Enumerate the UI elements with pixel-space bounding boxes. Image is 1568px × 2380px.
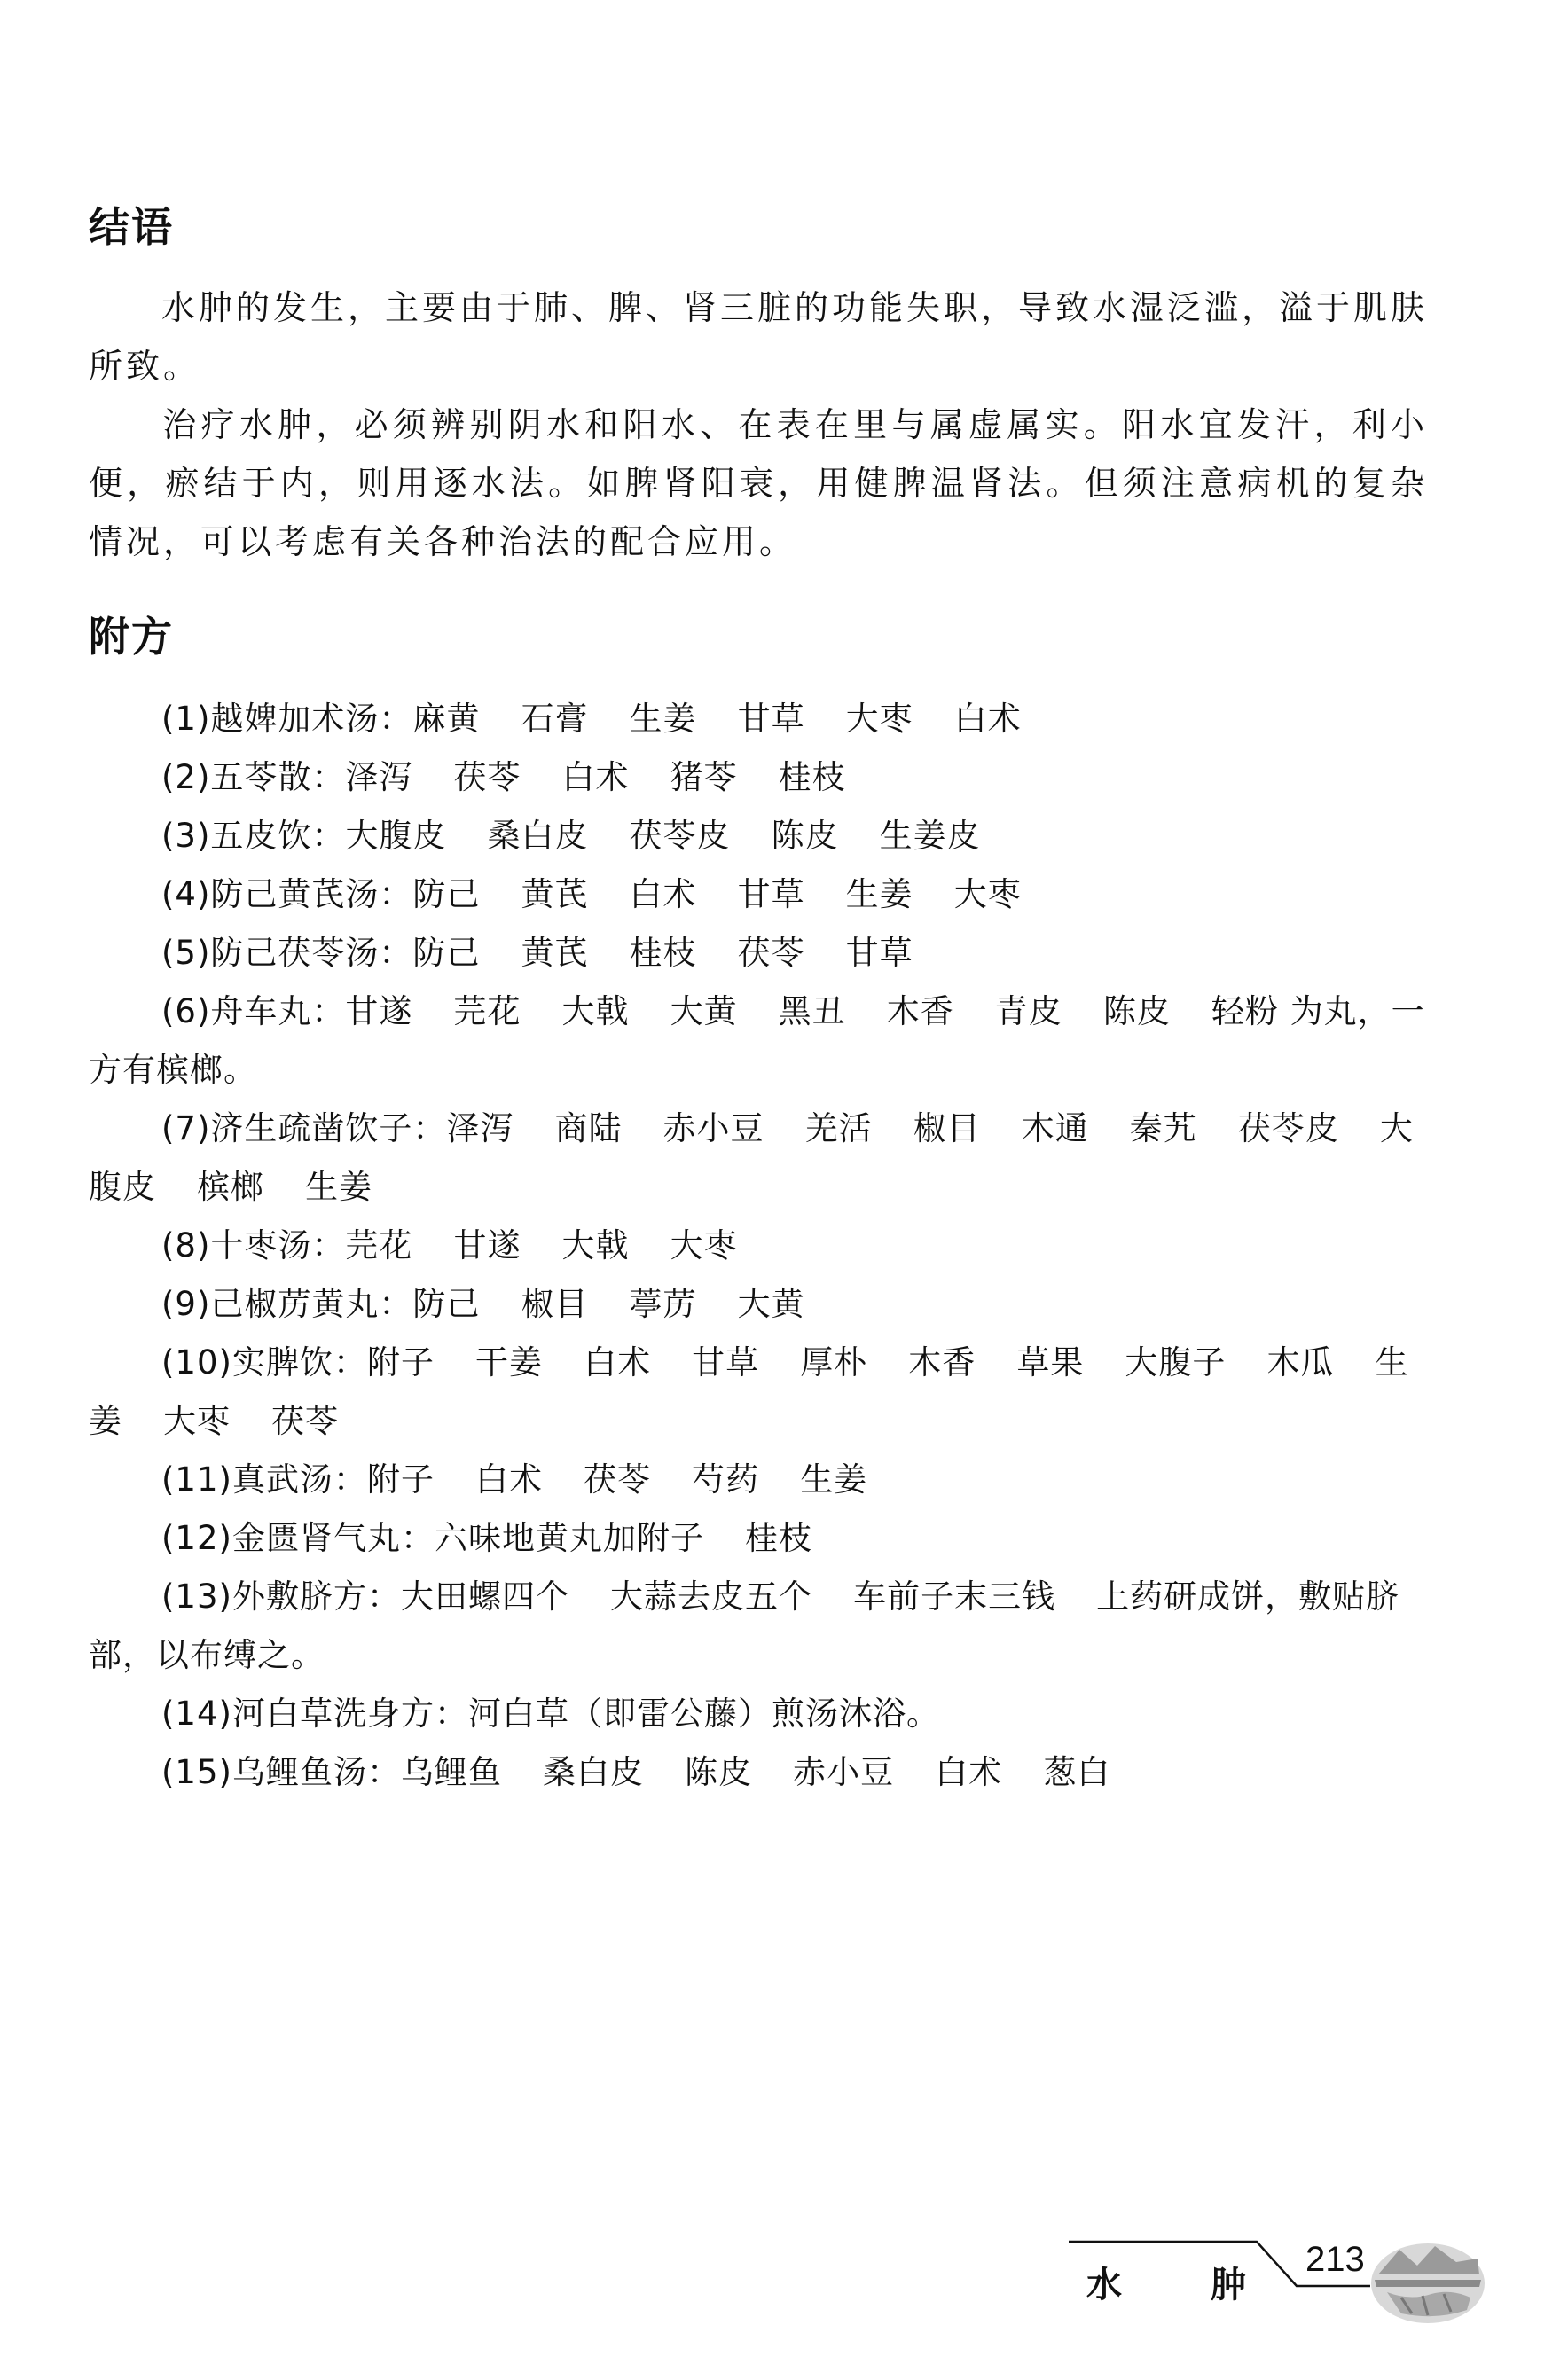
page-number: 213 (1305, 2240, 1365, 2280)
prescription-item: (7)济生疏凿饮子：泽泻 商陆 赤小豆 羌活 椒目 木通 秦艽 茯苓皮 大腹皮 … (89, 1100, 1437, 1217)
prescription-item: (9)己椒苈黄丸：防己 椒目 葶苈 大黄 (89, 1275, 1437, 1334)
herb-item: 防己 (412, 1285, 480, 1323)
prescription-item: (11)真武汤：附子 白术 茯苓 芍药 生姜 (89, 1451, 1437, 1509)
book-page: 结语 水肿的发生，主要由于肺、脾、肾三脏的功能失职，导致水湿泛滥，溢于肌肤所致。… (0, 0, 1568, 2380)
herb-item: 茯苓 (453, 758, 521, 796)
herb-item: 白术 (475, 1460, 543, 1499)
herb-item: 桂枝 (779, 758, 846, 796)
herb-item: 桑白皮 (487, 817, 588, 855)
herb-item: 大腹子 (1125, 1343, 1226, 1382)
herb-item: 大枣 (163, 1402, 231, 1440)
herb-item: 茯苓皮 (1238, 1109, 1339, 1147)
herb-item: 葱白 (1043, 1753, 1110, 1791)
prescription-list: (1)越婢加术汤：麻黄 石膏 生姜 甘草 大枣 白术 (2)五苓散：泽泻 茯苓 … (89, 690, 1437, 1802)
herb-item: 甘遂 (345, 992, 412, 1030)
herb-item: 甘遂 (453, 1226, 521, 1264)
prescription-name: (6)舟车丸： (89, 992, 345, 1030)
herb-item: 木香 (887, 992, 954, 1030)
herb-item: 陈皮 (772, 817, 839, 855)
prescription-name: (2)五苓散： (89, 758, 345, 796)
herb-item: 六味地黄丸加附子 (435, 1519, 704, 1557)
herb-item: 黄芪 (521, 934, 588, 972)
footer-chapter-title: 水肿 (1086, 2257, 1246, 2307)
prescription-name: (13)外敷脐方： (89, 1578, 401, 1616)
herb-item: 黑丑 (779, 992, 846, 1030)
herb-item: 陈皮 (1103, 992, 1171, 1030)
herb-item: 甘草 (738, 700, 805, 738)
herb-item: 泽泻 (446, 1109, 514, 1147)
herb-item: 桂枝 (745, 1519, 812, 1557)
herb-item: 茯苓 (738, 934, 805, 972)
herb-item: 芫花 (345, 1226, 412, 1264)
herb-item: 青皮 (995, 992, 1062, 1030)
prescription-name: (3)五皮饮： (89, 817, 345, 855)
herb-item: 木通 (1022, 1109, 1089, 1147)
herb-item: 大戟 (562, 1226, 630, 1264)
prescription-name: (7)济生疏凿饮子： (89, 1109, 446, 1147)
herb-item: 陈皮 (685, 1753, 752, 1791)
herb-item: 白术 (562, 758, 630, 796)
herb-item: 桂枝 (630, 934, 697, 972)
prescription-name: (11)真武汤： (89, 1460, 367, 1499)
herb-item: 附子 (367, 1460, 435, 1499)
prescription-item: (5)防己茯苓汤：防己 黄芪 桂枝 茯苓 甘草 (89, 924, 1437, 983)
paragraph-text: 水肿的发生，主要由于肺、脾、肾三脏的功能失职，导致水湿泛滥，溢于肌肤所致。 (89, 288, 1428, 386)
herb-item: 甘草 (738, 875, 805, 913)
herb-item: 草果 (1016, 1343, 1084, 1382)
herb-item: 大黄 (738, 1285, 805, 1323)
footer-title-char: 水 (1086, 2265, 1122, 2306)
herb-item: 大腹皮 (345, 817, 446, 855)
conclusion-heading: 结语 (89, 195, 174, 254)
prescription-item: (1)越婢加术汤：麻黄 石膏 生姜 甘草 大枣 白术 (89, 690, 1437, 748)
herb-item: 茯苓 (584, 1460, 651, 1499)
paragraph-text: 治疗水肿，必须辨别阴水和阳水、在表在里与属虚属实。阳水宜发汗，利小便，瘀结于内，… (89, 405, 1428, 561)
footer-title-char: 肿 (1211, 2265, 1246, 2306)
prescription-name: (1)越婢加术汤： (89, 700, 412, 738)
herb-item: 椒目 (521, 1285, 588, 1323)
herb-item: 葶苈 (630, 1285, 697, 1323)
herb-item: 木香 (908, 1343, 976, 1382)
herb-item: 羌活 (805, 1109, 873, 1147)
herb-item: 大黄 (670, 992, 738, 1030)
herb-item: 赤小豆 (663, 1109, 764, 1147)
landscape-ornament-icon (1366, 2239, 1490, 2328)
prescription-item: (3)五皮饮：大腹皮 桑白皮 茯苓皮 陈皮 生姜皮 (89, 807, 1437, 865)
herb-item: 大枣 (954, 875, 1022, 913)
herb-item: 秦艽 (1130, 1109, 1197, 1147)
herb-item: 白术 (630, 875, 697, 913)
herb-item: 防己 (412, 875, 480, 913)
prescription-item: (6)舟车丸：甘遂 芫花 大戟 大黄 黑丑 木香 青皮 陈皮 轻粉 为丸，一方有… (89, 983, 1437, 1100)
herb-item: 车前子末三钱 (853, 1578, 1055, 1616)
herb-item: 甘草 (692, 1343, 759, 1382)
herb-item: 大田螺四个 (401, 1578, 569, 1616)
herb-item: 茯苓 (271, 1402, 339, 1440)
herb-item: 甘草 (846, 934, 913, 972)
herb-item: 大蒜去皮五个 (610, 1578, 812, 1616)
herb-item: 白术 (584, 1343, 651, 1382)
prescription-name: (5)防己茯苓汤： (89, 934, 412, 972)
prescription-name: (12)金匮肾气丸： (89, 1519, 435, 1557)
herb-item: 黄芪 (521, 875, 588, 913)
prescription-item: (10)实脾饮：附子 干姜 白术 甘草 厚朴 木香 草果 大腹子 木瓜 生姜 大… (89, 1334, 1437, 1451)
herb-item: 大枣 (846, 700, 913, 738)
herb-item: 槟榔 (197, 1168, 264, 1206)
herb-item: 生姜 (630, 700, 697, 738)
prescription-item: (14)河白草洗身方：河白草（即雷公藤）煎汤沐浴。 (89, 1685, 1437, 1743)
prescription-name: (9)己椒苈黄丸： (89, 1285, 412, 1323)
herb-item: 轻粉 (1211, 992, 1279, 1030)
herb-item: 大戟 (562, 992, 630, 1030)
prescription-item: (2)五苓散：泽泻 茯苓 白术 猪苓 桂枝 (89, 748, 1437, 807)
herb-item: 白术 (935, 1753, 1002, 1791)
conclusion-paragraph-2: 治疗水肿，必须辨别阴水和阳水、在表在里与属虚属实。阳水宜发汗，利小便，瘀结于内，… (89, 395, 1428, 571)
herb-item: 大枣 (670, 1226, 738, 1264)
herb-item: 生姜皮 (880, 817, 981, 855)
herb-item: 白术 (954, 700, 1022, 738)
herb-item: 麻黄 (412, 700, 480, 738)
herb-item: 防己 (412, 934, 480, 972)
herb-item: 厚朴 (800, 1343, 867, 1382)
conclusion-paragraph-1: 水肿的发生，主要由于肺、脾、肾三脏的功能失职，导致水湿泛滥，溢于肌肤所致。 (89, 278, 1428, 395)
herb-item: 干姜 (475, 1343, 543, 1382)
prescription-name: (15)乌鲤鱼汤： (89, 1753, 401, 1791)
herb-item: 生姜 (800, 1460, 867, 1499)
herb-item: 生姜 (846, 875, 913, 913)
herb-item: 茯苓皮 (630, 817, 731, 855)
herb-item: 椒目 (913, 1109, 981, 1147)
herb-item: 生姜 (305, 1168, 372, 1206)
appendix-heading: 附方 (89, 605, 174, 663)
prescription-item: (13)外敷脐方：大田螺四个 大蒜去皮五个 车前子末三钱 上药研成饼，敷贴脐部，… (89, 1568, 1437, 1685)
prescription-item: (15)乌鲤鱼汤：乌鲤鱼 桑白皮 陈皮 赤小豆 白术 葱白 (89, 1743, 1437, 1802)
herb-item: 木瓜 (1266, 1343, 1334, 1382)
prescription-name: (4)防己黄芪汤： (89, 875, 412, 913)
herb-item: 猪苓 (670, 758, 738, 796)
herb-item: 芍药 (692, 1460, 759, 1499)
herb-item: 桑白皮 (543, 1753, 644, 1791)
prescription-name: (10)实脾饮： (89, 1343, 367, 1382)
prescription-name: (8)十枣汤： (89, 1226, 345, 1264)
prescription-name: (14)河白草洗身方： (89, 1695, 468, 1733)
herb-item: 河白草（即雷公藤）煎汤沐浴。 (468, 1695, 940, 1733)
herb-item: 附子 (367, 1343, 435, 1382)
herb-item: 商陆 (554, 1109, 622, 1147)
herb-item: 赤小豆 (793, 1753, 894, 1791)
herb-item: 石膏 (521, 700, 588, 738)
prescription-item: (8)十枣汤：芫花 甘遂 大戟 大枣 (89, 1217, 1437, 1275)
prescription-item: (4)防己黄芪汤：防己 黄芪 白术 甘草 生姜 大枣 (89, 865, 1437, 924)
prescription-item: (12)金匮肾气丸：六味地黄丸加附子 桂枝 (89, 1509, 1437, 1568)
herb-item: 泽泻 (345, 758, 412, 796)
herb-item: 乌鲤鱼 (401, 1753, 502, 1791)
herb-item: 芫花 (453, 992, 521, 1030)
